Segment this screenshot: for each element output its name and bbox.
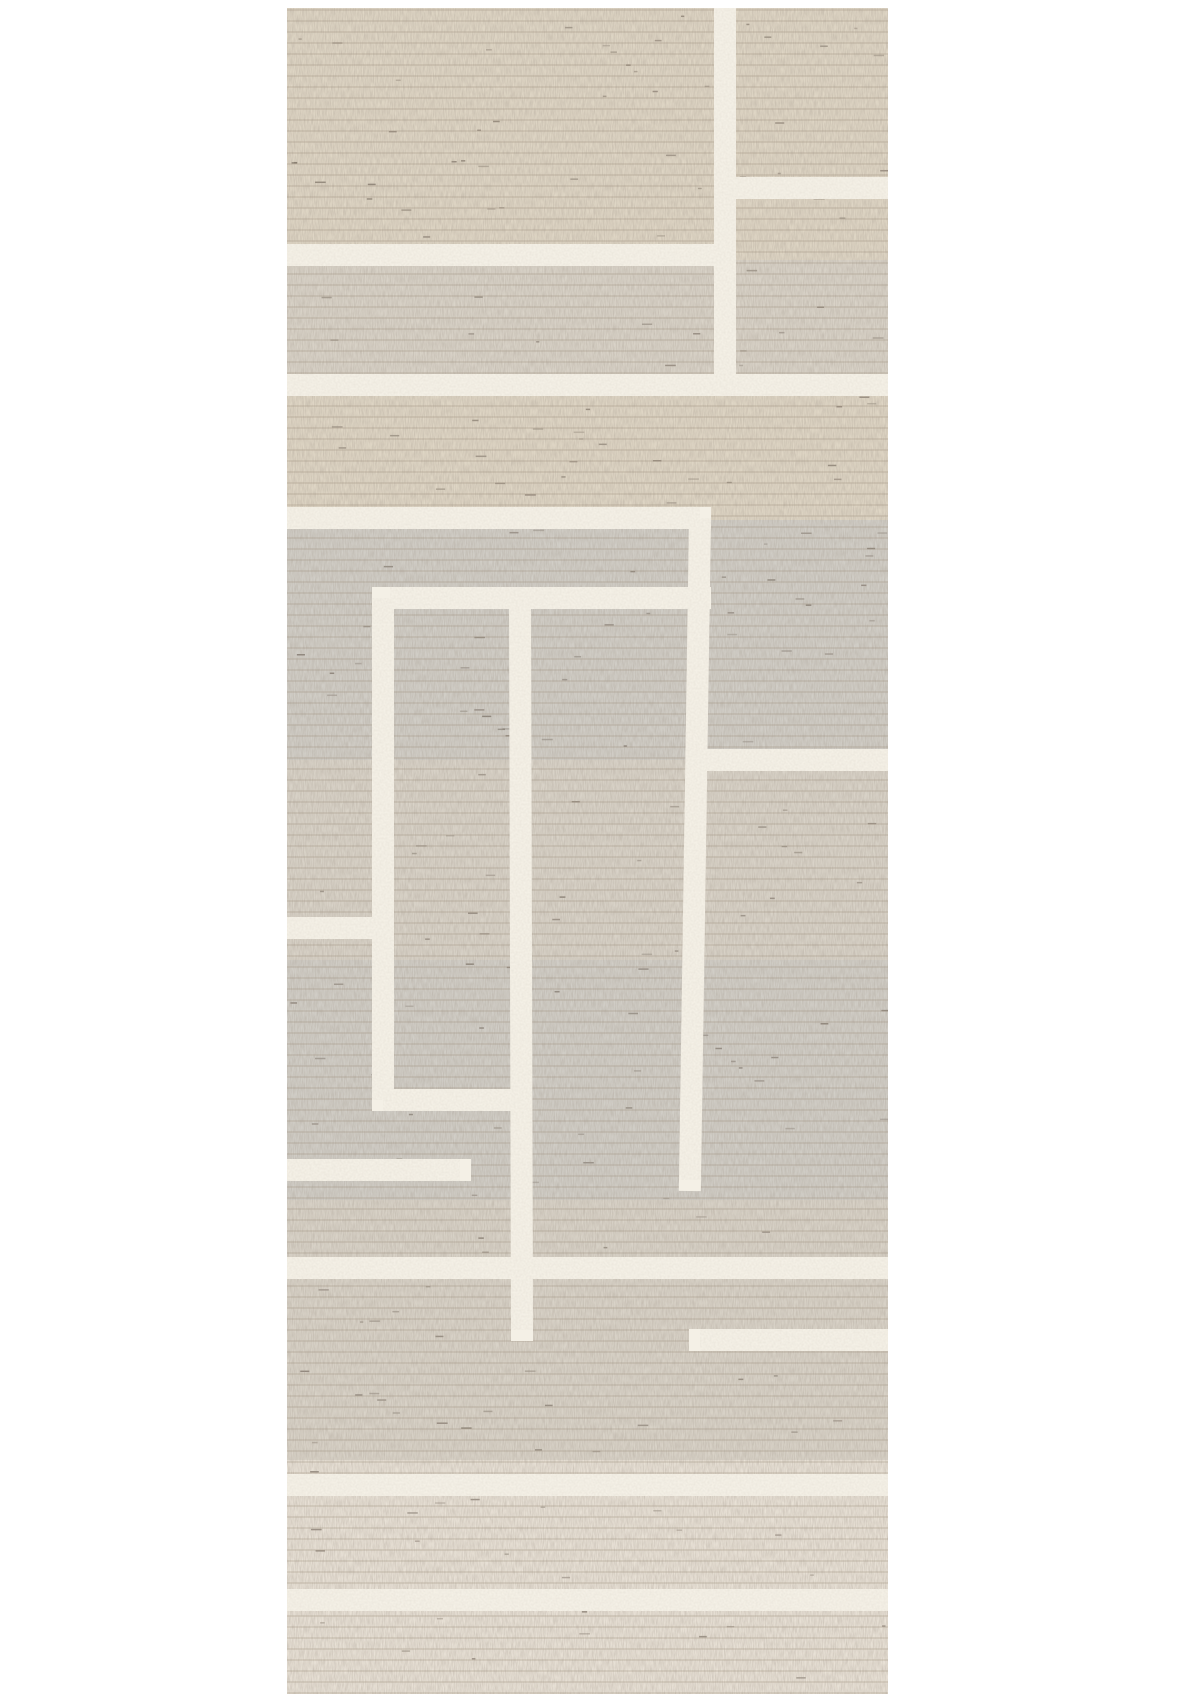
rug-field xyxy=(287,8,890,1700)
rug-runner-image xyxy=(0,0,1200,1700)
